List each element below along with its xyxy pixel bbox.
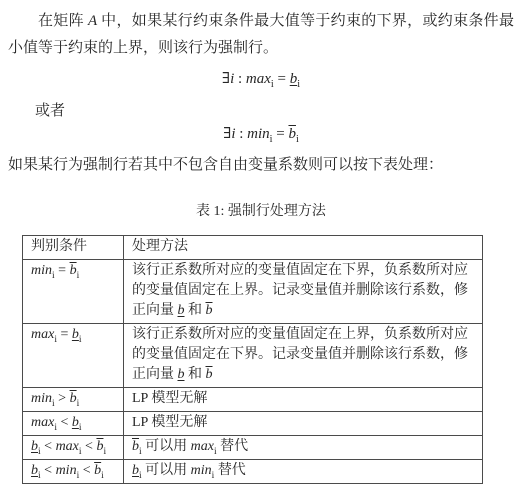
condition-cell: bi < maxi < bi <box>23 436 124 460</box>
table-row: maxi = bi该行正系数所对应的变量值固定在上界，负系数所对应的变量值固定在… <box>23 324 483 388</box>
table-caption: 表 1: 强制行处理方法 <box>0 203 522 221</box>
table-row: maxi < biLP 模型无解 <box>23 412 483 436</box>
method-cell: 该行正系数所对应的变量值固定在上界，负系数所对应的变量值固定在下界。记录变量值并… <box>124 324 483 388</box>
formula-max-equals-lower-bound: ∃i : maxi = bi <box>0 69 522 89</box>
table-row: bi < maxi < bibi 可以用 maxi 替代 <box>23 436 483 460</box>
column-header-condition: 判别条件 <box>23 236 124 260</box>
paragraph-intro: 在矩阵 A 中，如果某行约束条件最大值等于约束的下界，或约束条件最小值等于约束的… <box>0 0 522 62</box>
document-page: 在矩阵 A 中，如果某行约束条件最大值等于约束的下界，或约束条件最小值等于约束的… <box>0 0 522 486</box>
table-row: mini > biLP 模型无解 <box>23 388 483 412</box>
column-header-method: 处理方法 <box>124 236 483 260</box>
method-cell: LP 模型无解 <box>124 412 483 436</box>
condition-cell: mini = bi <box>23 260 124 324</box>
method-cell: bi 可以用 maxi 替代 <box>124 436 483 460</box>
table-row: mini = bi该行正系数所对应的变量值固定在下界，负系数所对应的变量值固定在… <box>23 260 483 324</box>
formula-min-equals-upper-bound: ∃i : mini = bi <box>0 124 522 144</box>
table-row: bi < mini < bibi 可以用 mini 替代 <box>23 460 483 484</box>
method-cell: LP 模型无解 <box>124 388 483 412</box>
paragraph-or: 或者 <box>0 102 522 120</box>
method-cell: bi 可以用 mini 替代 <box>124 460 483 484</box>
table-header-row: 判别条件 处理方法 <box>23 236 483 260</box>
condition-cell: bi < mini < bi <box>23 460 124 484</box>
condition-cell: maxi = bi <box>23 324 124 388</box>
paragraph-table-intro: 如果某行为强制行若其中不包含自由变量系数则可以按下表处理： <box>0 156 522 174</box>
table-body: mini = bi该行正系数所对应的变量值固定在下界，负系数所对应的变量值固定在… <box>23 260 483 484</box>
condition-cell: mini > bi <box>23 388 124 412</box>
table-header: 判别条件 处理方法 <box>23 236 483 260</box>
method-cell: 该行正系数所对应的变量值固定在下界，负系数所对应的变量值固定在上界。记录变量值并… <box>124 260 483 324</box>
forced-row-table: 判别条件 处理方法 mini = bi该行正系数所对应的变量值固定在下界，负系数… <box>22 235 483 484</box>
condition-cell: maxi < bi <box>23 412 124 436</box>
